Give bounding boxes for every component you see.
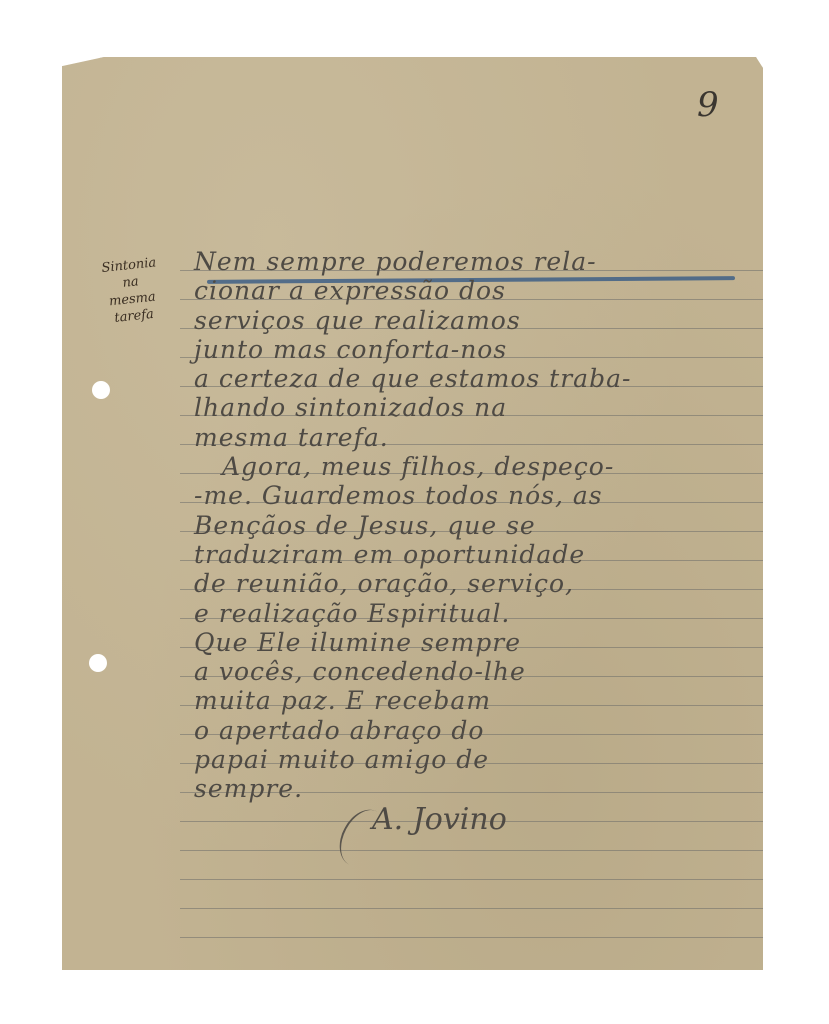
signature: A. Jovino — [372, 802, 507, 837]
ruled-line — [180, 879, 763, 880]
text-line: cionar a expressão dos — [194, 276, 762, 305]
text-line: Que Ele ilumine sempre — [194, 628, 762, 657]
text-line: a certeza de que estamos traba- — [194, 364, 762, 393]
punch-hole — [89, 654, 107, 672]
ruled-line — [180, 850, 763, 851]
page-number: 9 — [697, 85, 719, 125]
text-line: a vocês, concedendo-lhe — [194, 657, 762, 686]
text-line: sempre. — [194, 774, 762, 803]
letter-body: Nem sempre poderemos rela- cionar a expr… — [194, 247, 762, 804]
text-line: -me. Guardemos todos nós, as — [194, 481, 762, 510]
text-line: papai muito amigo de — [194, 745, 762, 774]
text-line: junto mas conforta-nos — [194, 335, 762, 364]
ruled-line — [180, 937, 763, 938]
text-line: traduziram em oportunidade — [194, 540, 762, 569]
punch-hole — [92, 381, 110, 399]
text-line: serviços que realizamos — [194, 306, 762, 335]
manuscript-page: 9 Sintonia na mesma tarefa Nem sempre po… — [62, 57, 763, 970]
text-line: mesma tarefa. — [194, 423, 762, 452]
text-line: e realização Espiritual. — [194, 599, 762, 628]
text-line: Agora, meus filhos, despeço- — [194, 452, 762, 481]
ruled-line — [180, 908, 763, 909]
text-line: lhando sintonizados na — [194, 393, 762, 422]
text-line: muita paz. E recebam — [194, 686, 762, 715]
text-line: de reunião, oração, serviço, — [194, 569, 762, 598]
text-line: Nem sempre poderemos rela- — [194, 247, 762, 276]
margin-note: Sintonia na mesma tarefa — [81, 252, 183, 330]
text-line: Bençãos de Jesus, que se — [194, 511, 762, 540]
text-line: o apertado abraço do — [194, 716, 762, 745]
